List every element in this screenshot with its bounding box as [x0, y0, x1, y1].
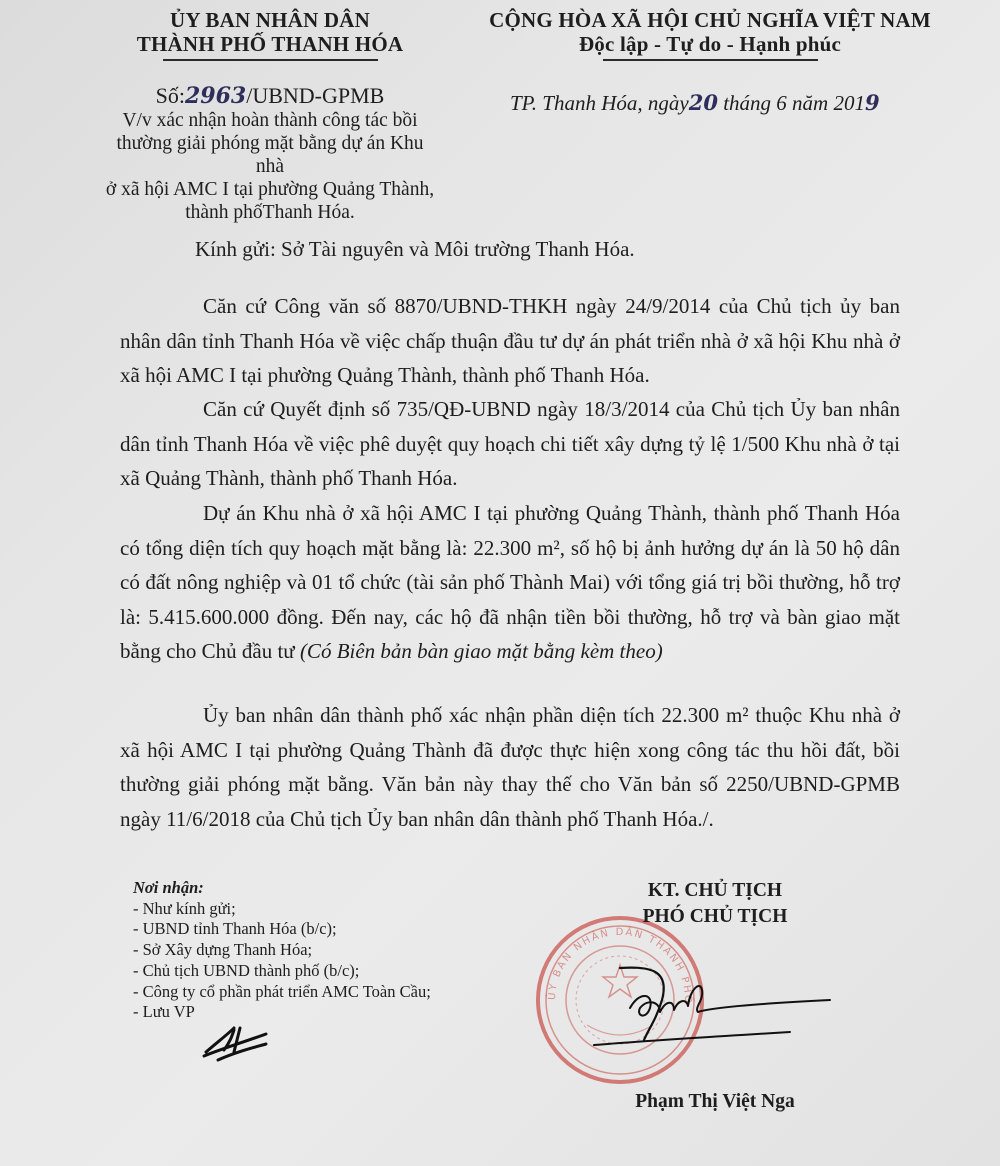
handwritten-day: 20	[689, 90, 718, 115]
recipient-item: - UBND tỉnh Thanh Hóa (b/c);	[133, 919, 431, 940]
issuing-agency-header: ỦY BAN NHÂN DÂN THÀNH PHỐ THANH HÓA Số:2…	[105, 8, 435, 224]
nation-name: CỘNG HÒA XÃ HỘI CHỦ NGHĨA VIỆT NAM	[450, 8, 970, 32]
signer-role-2: PHÓ CHỦ TỊCH	[590, 904, 840, 930]
body-paragraph-3: Dự án Khu nhà ở xã hội AMC I tại phường …	[120, 496, 900, 669]
signer-name: Phạm Thị Việt Nga	[590, 1091, 840, 1113]
recipient-item: - Sở Xây dựng Thanh Hóa;	[133, 940, 431, 961]
document-number: Số:2963/UBND-GPMB	[105, 83, 435, 109]
body-paragraph-1: Căn cứ Công văn số 8870/UBND-THKH ngày 2…	[120, 289, 900, 393]
recipient-item: - Công ty cổ phần phát triển AMC Toàn Cầ…	[133, 982, 431, 1003]
agency-line-2: THÀNH PHỐ THANH HÓA	[105, 32, 435, 56]
agency-line-1: ỦY BAN NHÂN DÂN	[105, 8, 435, 32]
attachment-note: (Có Biên bản bàn giao mặt bằng kèm theo)	[300, 639, 663, 663]
body-paragraph-2: Căn cứ Quyết định số 735/QĐ-UBND ngày 18…	[120, 392, 900, 496]
motto-underline	[603, 59, 818, 61]
signer-role-1: KT. CHỦ TỊCH	[590, 878, 840, 904]
recipient-item: - Như kính gửi;	[133, 899, 431, 920]
handwritten-number: 2963	[185, 83, 246, 109]
addressee-line: Kính gửi: Sở Tài nguyên và Môi trường Th…	[195, 237, 635, 262]
national-header: CỘNG HÒA XÃ HỘI CHỦ NGHĨA VIỆT NAM Độc l…	[450, 8, 970, 61]
recipient-item: - Chủ tịch UBND thành phố (b/c);	[133, 961, 431, 982]
issue-date: TP. Thanh Hóa, ngày20 tháng 6 năm 2019	[510, 90, 880, 116]
agency-underline	[163, 59, 378, 61]
recipient-item: - Lưu VP	[133, 1002, 431, 1023]
handwritten-signature-icon	[590, 960, 850, 1060]
initials-mark-icon	[200, 1022, 270, 1062]
recipients-list: Nơi nhận: - Như kính gửi; - UBND tỉnh Th…	[133, 878, 431, 1023]
document-subject: V/v xác nhận hoàn thành công tác bồi thư…	[105, 109, 435, 224]
body-paragraph-4: Ủy ban nhân dân thành phố xác nhận phần …	[120, 698, 900, 836]
national-motto: Độc lập - Tự do - Hạnh phúc	[450, 32, 970, 56]
signature-block: KT. CHỦ TỊCH PHÓ CHỦ TỊCH Phạm Thị Việt …	[590, 878, 840, 930]
recipients-title: Nơi nhận:	[133, 878, 431, 899]
